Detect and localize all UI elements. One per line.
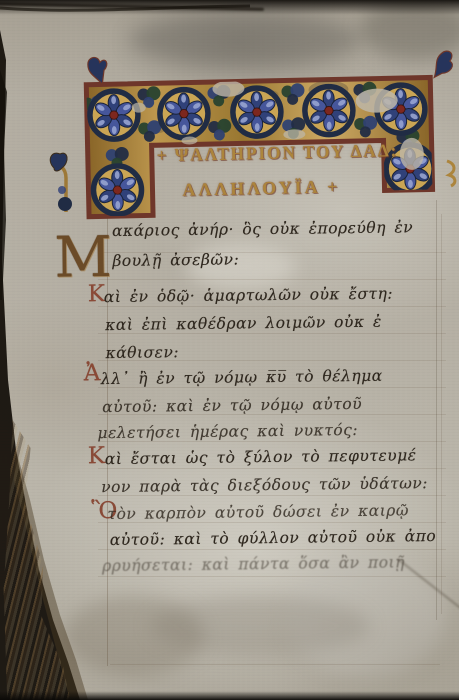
rubric-initial-K: Κ: [88, 445, 105, 468]
text-line: μελετήσει ἡμέρας καὶ νυκτός:: [97, 421, 358, 442]
rubric-initial-A: Ἀ: [84, 362, 101, 385]
text-line: ακάριος ἀνήρ· ὃς οὐκ ἐπορεύθη ἐν: [112, 218, 413, 240]
photo-edge-top: [0, 0, 459, 15]
text-line: λλ᾽ ἢ ἐν τῷ νόμῳ κ̅υ̅ τὸ θέλημα: [101, 367, 383, 388]
text-line: αὐτοῦ: καὶ τὸ φύλλον αὐτοῦ οὐκ ἀπο: [110, 527, 437, 549]
text-line: τὸν καρπὸν αὐτοῦ δώσει ἐν καιρῷ: [107, 501, 409, 523]
text-line: αὶ ἔσται ὡς τὸ ξύλον τὸ πεφυτευμέ: [105, 446, 417, 468]
illuminated-initial-M: Μ: [54, 230, 112, 287]
photo-edge-bottom: [0, 691, 459, 700]
rubric-initial-K: Κ: [88, 283, 105, 306]
text-line: νον παρὰ τὰς διεξόδους τῶν ὑδάτων:: [101, 474, 428, 496]
psalm-text-block: Μ Κ Ἀ Κ Ὃ ακάριος ἀνήρ· ὃς οὐκ ἐπορεύθη …: [0, 0, 459, 700]
text-line: καὶ ἐπὶ καθέδραν λοιμῶν οὐκ ἐ: [105, 313, 382, 334]
text-line: βουλῇ ἀσεβῶν:: [112, 250, 239, 270]
text-line: κάθισεν:: [105, 343, 179, 362]
text-line: αὐτοῦ: καὶ ἐν τῷ νόμῳ αὐτοῦ: [102, 395, 362, 416]
text-line-faded: ρρυήσεται: καὶ πάντα ὅσα ἂν ποιῇ: [102, 553, 405, 575]
text-line: αὶ ἐν ὁδῷ· ἁμαρτωλῶν οὐκ ἔστη:: [104, 285, 393, 307]
manuscript-photo: + ΨΑΛΤΗΡΙΟΝ ΤΟΥ ΔΑΔ: ΑΛΛΗΛΟΥΪΑ + Μ Κ Ἀ Κ…: [0, 0, 459, 700]
